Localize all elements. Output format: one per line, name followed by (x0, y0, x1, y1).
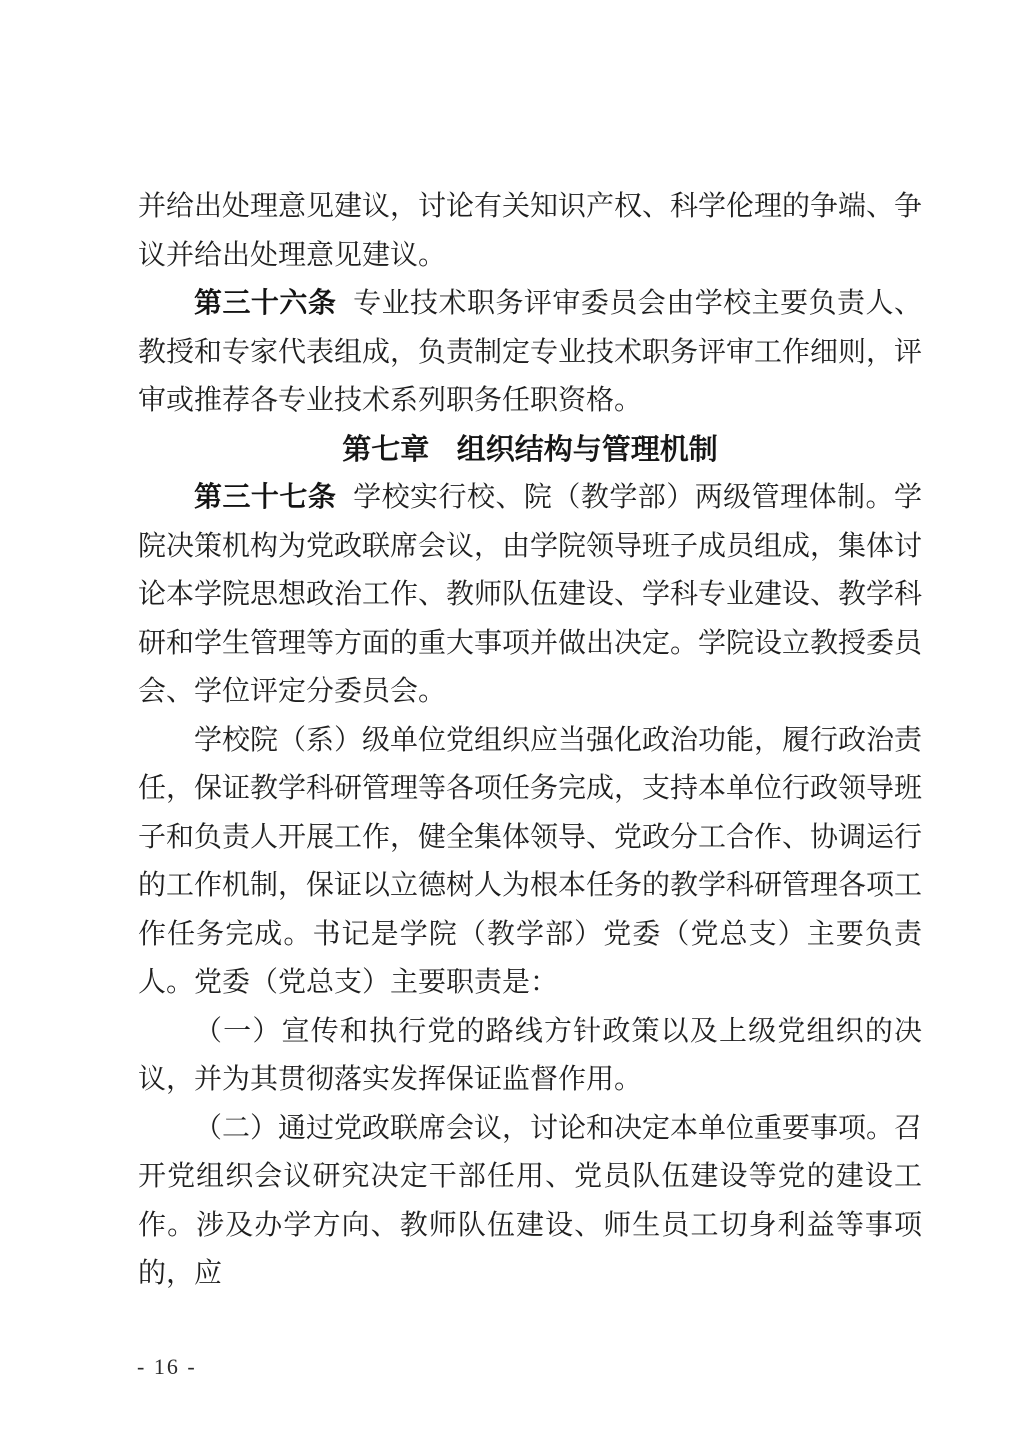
document-page: 并给出处理意见建议，讨论有关知识产权、科学伦理的争端、争议并给出处理意见建议。 … (0, 0, 1024, 1448)
paragraph-text: 并给出处理意见建议，讨论有关知识产权、科学伦理的争端、争议并给出处理意见建议。 (138, 191, 922, 271)
paragraph-text: （一）宣传和执行党的路线方针政策以及上级党组织的决议，并为其贯彻落实发挥保证监督… (138, 1016, 922, 1096)
chapter-title: 组织结构与管理机制 (457, 434, 718, 466)
article-number-label: 第三十六条 (194, 288, 336, 319)
page-number: - 16 - (137, 1354, 197, 1379)
page-footer: - 16 - (137, 1352, 197, 1382)
article-number-label: 第三十七条 (194, 482, 336, 513)
chapter-number: 第七章 (342, 434, 429, 466)
paragraph-duty-item-1: （一）宣传和执行党的路线方针政策以及上级党组织的决议，并为其贯彻落实发挥保证监督… (138, 1008, 922, 1105)
paragraph-text: 学校院（系）级单位党组织应当强化政治功能，履行政治责任，保证教学科研管理等各项任… (138, 725, 922, 999)
paragraph-article-37: 第三十七条学校实行校、院（教学部）两级管理体制。学院决策机构为党政联席会议，由学… (138, 474, 922, 717)
paragraph-text: 学校实行校、院（教学部）两级管理体制。学院决策机构为党政联席会议，由学院领导班子… (138, 482, 922, 707)
paragraph-duty-item-2: （二）通过党政联席会议，讨论和决定本单位重要事项。召开党组织会议研究决定干部任用… (138, 1105, 922, 1299)
document-body: 并给出处理意见建议，讨论有关知识产权、科学伦理的争端、争议并给出处理意见建议。 … (138, 183, 922, 1299)
paragraph-article-36: 第三十六条专业技术职务评审委员会由学校主要负责人、教授和专家代表组成，负责制定专… (138, 280, 922, 426)
paragraph-party-organization: 学校院（系）级单位党组织应当强化政治功能，履行政治责任，保证教学科研管理等各项任… (138, 717, 922, 1008)
paragraph-continuation: 并给出处理意见建议，讨论有关知识产权、科学伦理的争端、争议并给出处理意见建议。 (138, 183, 922, 280)
paragraph-text: （二）通过党政联席会议，讨论和决定本单位重要事项。召开党组织会议研究决定干部任用… (138, 1113, 922, 1290)
chapter-heading: 第七章组织结构与管理机制 (138, 426, 922, 475)
